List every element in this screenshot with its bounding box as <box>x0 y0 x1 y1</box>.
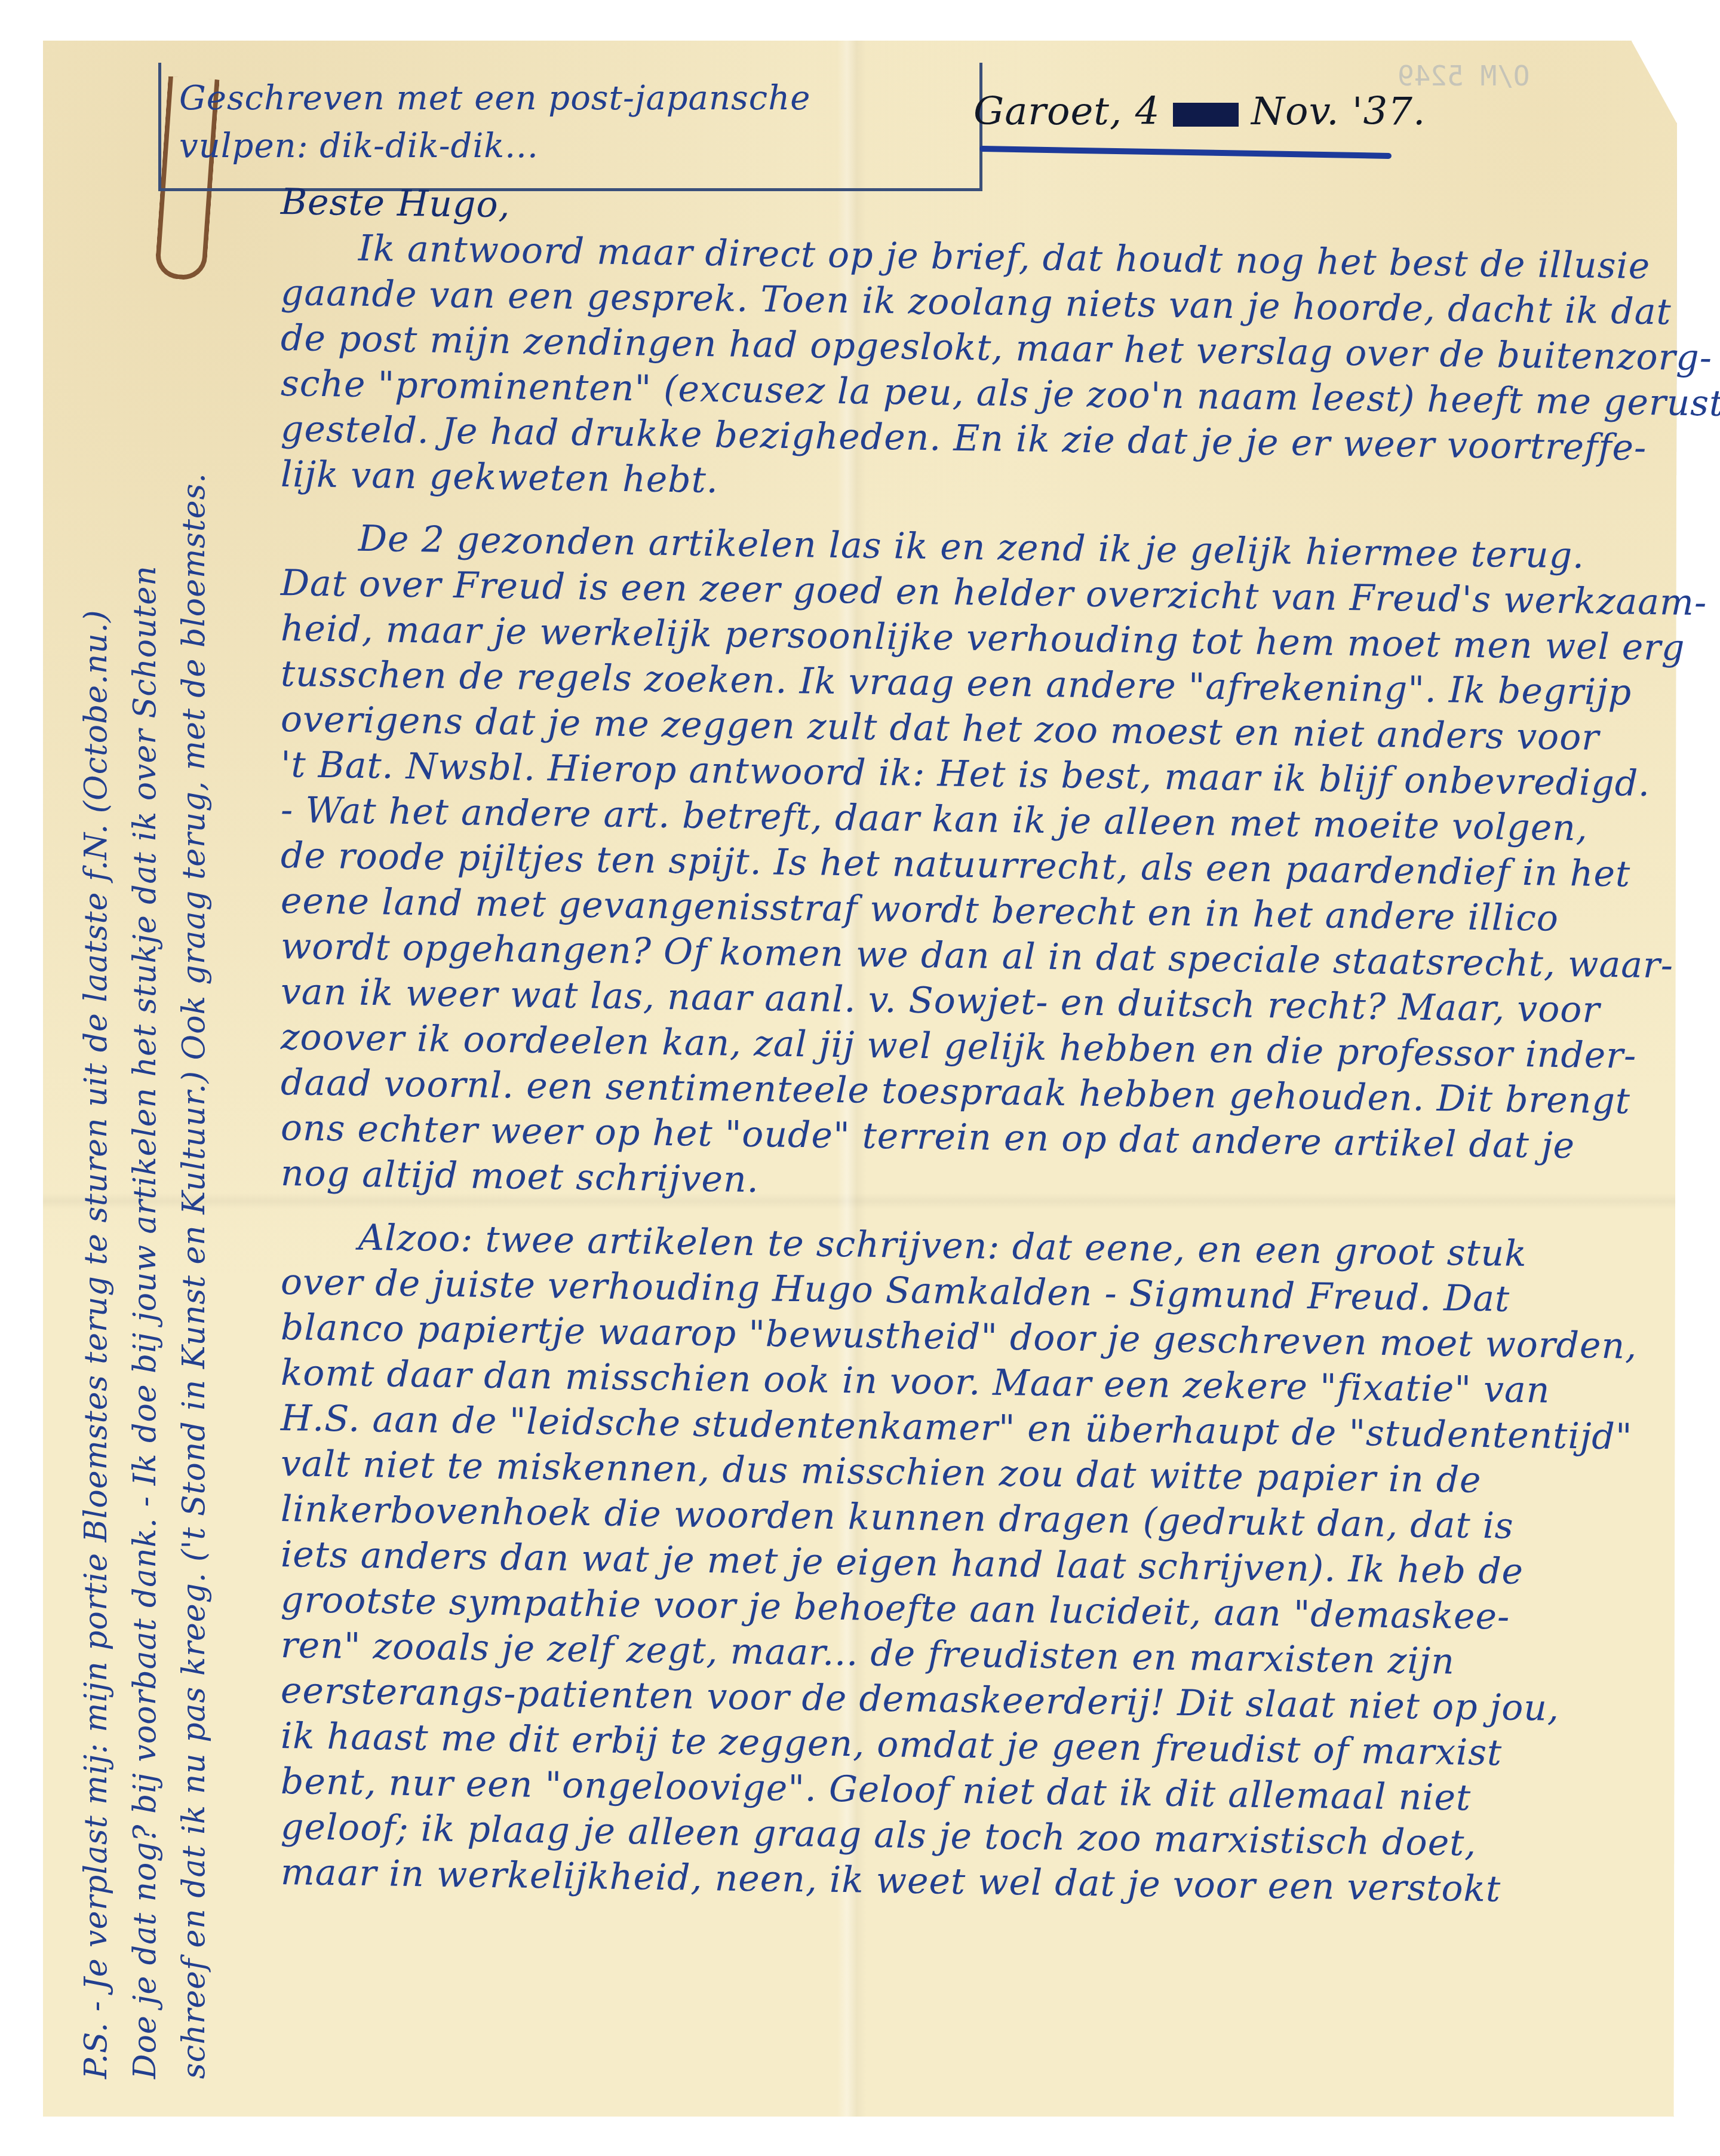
date-day: 4 <box>1135 90 1160 134</box>
boxed-note-line: Geschreven met een post-japansche <box>179 75 962 122</box>
boxed-header-note: Geschreven met een post-japansche vulpen… <box>158 63 982 191</box>
redacted-scribble <box>1173 103 1239 127</box>
postscript-line: schreef en dat ik nu pas kreeg. ('t Ston… <box>170 197 219 2079</box>
postscript-line: Doe je dat nog? bij voorbaat dank. - Ik … <box>121 197 170 2079</box>
archive-mark-bleed-through: O/M 5249 <box>1397 60 1530 92</box>
postscript-line: P.S. - Je verplast mij: mijn portie Bloe… <box>72 197 121 2079</box>
date-place: Garoet, <box>973 90 1122 134</box>
dateline: Garoet, 4 Nov. '37. <box>973 90 1426 134</box>
date-year: '37. <box>1352 90 1426 134</box>
margin-postscript: P.S. - Je verplast mij: mijn portie Bloe… <box>72 197 227 2079</box>
date-month: Nov. <box>1251 90 1339 134</box>
letter-body: Beste Hugo, Ik antwoord maar direct op j… <box>281 179 1666 1895</box>
boxed-note-line: vulpen: dik-dik-dik... <box>179 122 962 170</box>
